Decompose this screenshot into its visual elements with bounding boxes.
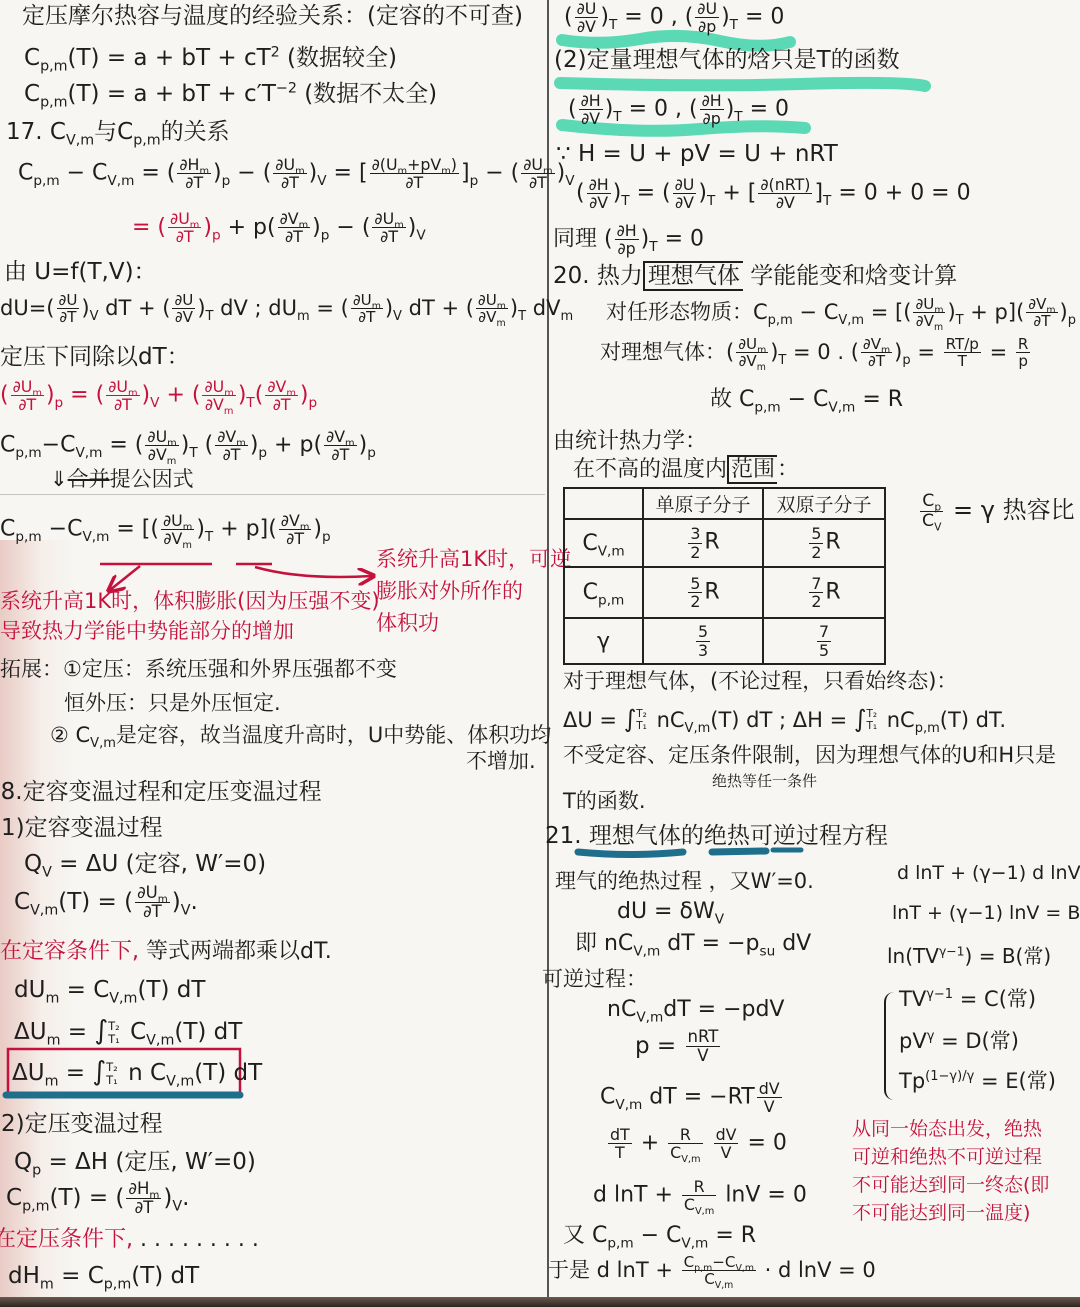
fraction-numerator: ∂U bbox=[57, 292, 80, 309]
table-header-cell: 双原子分子 bbox=[763, 488, 885, 519]
fraction-denominator: T bbox=[608, 1144, 632, 1161]
fraction: 53 bbox=[696, 623, 710, 658]
lower-limit: T₁ bbox=[636, 721, 647, 733]
eq-reversible: nCV,mdT = −pdV bbox=[607, 996, 785, 1024]
fraction: CpCV bbox=[920, 492, 943, 530]
fraction: ∂Um∂Vm bbox=[913, 296, 945, 330]
eq-ncv-dt: 即 nCV,m dT = −psu dV bbox=[575, 930, 811, 958]
annotation-work-line1: 系统升高1K时，可逆 bbox=[376, 546, 571, 572]
fraction-denominator: ∂T bbox=[215, 446, 248, 463]
fraction-denominator: ∂T bbox=[372, 228, 405, 245]
fraction-denominator: ∂T bbox=[351, 309, 383, 325]
fraction: ∂U∂p bbox=[695, 0, 719, 35]
fraction-numerator: dV bbox=[757, 1080, 782, 1098]
eq-u-partials-zero: (∂U∂V)T = 0 , (∂U∂p)T = 0 bbox=[564, 0, 784, 35]
eq-cp-complete-data: Cp,m(T) = a + bT + cT2 (数据较全) bbox=[24, 44, 397, 73]
subscript: p bbox=[902, 353, 910, 368]
eq-qv: QV = ΔU (定容, W′=0) bbox=[24, 850, 266, 879]
eq-partial-u-at-constant-p: (∂Um∂T)p = (∂Um∂T)V + (∂Um∂Vm)T(∂Vm∂T)p bbox=[0, 378, 317, 413]
subscript: p bbox=[322, 529, 331, 545]
fraction: ∂Um∂T bbox=[135, 884, 170, 921]
section-21-heading: 21. 理想气体的绝热可逆过程方程 bbox=[545, 822, 888, 851]
red-note-line1: 从同一始态出发，绝热 bbox=[852, 1118, 1042, 1142]
eq-cp-definition: Cp,m(T) = (∂Hm∂T)V. bbox=[6, 1180, 189, 1217]
extension-line2: 恒外压：只是外压恒定. bbox=[64, 690, 281, 716]
fraction-denominator: ∂T bbox=[106, 396, 139, 413]
heat-capacity-table: 单原子分子 双原子分子 CV,m 32R 52R Cp,m 52R 72R γ … bbox=[563, 487, 886, 665]
annotation-internal-energy-line1: 系统升高1K时，体积膨胀(因为压强不变) bbox=[0, 588, 380, 614]
subscript: V bbox=[565, 173, 574, 189]
subscript: V,m bbox=[681, 1154, 700, 1165]
explanation-line1: 不受定容、定压条件限制，因为理想气体的U和H只是 bbox=[563, 742, 1056, 768]
fraction-denominator: ∂T bbox=[521, 174, 554, 191]
section-18-heading: 18.定容变温过程和定压变温过程 bbox=[0, 778, 322, 807]
fraction-denominator: CV,m bbox=[682, 1196, 716, 1213]
subscript: V bbox=[715, 911, 724, 927]
subscript: m bbox=[45, 991, 59, 1007]
eq-dlnt: d lnT + RCV,m lnV = 0 bbox=[593, 1178, 807, 1213]
fraction-numerator: ∂U bbox=[172, 292, 195, 309]
subscript: T bbox=[956, 313, 964, 328]
subscript: T bbox=[518, 309, 526, 324]
subscript: V,m bbox=[66, 133, 94, 149]
fraction-denominator: ∂p bbox=[695, 18, 719, 35]
fraction: ∂Vm∂T bbox=[861, 336, 892, 370]
range-inserted: 范围 bbox=[727, 455, 777, 484]
fraction-numerator: ∂U bbox=[673, 176, 697, 194]
subscript: T bbox=[823, 193, 831, 209]
eq-du-dw: dU = δWV bbox=[617, 898, 724, 926]
subscript: V,m bbox=[685, 721, 711, 736]
fraction-numerator: ∂Um bbox=[476, 292, 508, 309]
subscript: T bbox=[613, 109, 621, 125]
subscript: p bbox=[55, 395, 64, 411]
constant-pressure-heading: (2)定压变温过程 bbox=[0, 1110, 163, 1139]
fraction: ∂H∂p bbox=[615, 222, 639, 257]
subscript: m bbox=[40, 1277, 54, 1293]
eq-cp-incomplete-data: Cp,m(T) = a + bT + c′T−2 (数据不太全) bbox=[24, 80, 437, 109]
fraction-numerator: ∂Um bbox=[202, 378, 235, 396]
fraction-numerator: ∂Um bbox=[736, 336, 768, 353]
section-20-part2: 学能能变和焓变计算 bbox=[743, 263, 957, 289]
fraction-numerator: 3 bbox=[688, 525, 702, 543]
eq-derived-3: ln(TVγ−1) = B(常) bbox=[887, 944, 1051, 969]
fraction-denominator: V bbox=[686, 1047, 721, 1065]
fraction-numerator: ∂Um bbox=[106, 378, 139, 396]
fraction-numerator: ∂Vm bbox=[278, 210, 311, 228]
fraction: RCV,m bbox=[682, 1178, 716, 1213]
fraction-denominator: ∂T bbox=[278, 228, 311, 245]
subscript: m bbox=[224, 406, 234, 417]
fraction-numerator: ∂U bbox=[575, 0, 599, 18]
section-20-heading: 20. 热力理想气体 学能能变和焓变计算 bbox=[553, 262, 957, 291]
fraction-numerator: 5 bbox=[809, 525, 823, 543]
fraction-denominator: ∂T bbox=[57, 309, 80, 325]
subscript: p,m bbox=[15, 529, 41, 545]
fraction-numerator: ∂Um bbox=[351, 292, 383, 309]
eq-cp-cv-equals-r: 故 Cp,m − CV,m = R bbox=[710, 386, 903, 414]
eq-cp-cv-factored: Cp,m −CV,m = [(∂Um∂Vm)T + p](∂Vm∂T)p bbox=[0, 512, 331, 547]
fraction-numerator: ∂Hm bbox=[177, 156, 211, 174]
fraction: ∂Vm∂T bbox=[265, 378, 298, 413]
subscript: m bbox=[297, 309, 310, 324]
range-part2: ： bbox=[777, 457, 799, 482]
integral-limits: T₂T₁ bbox=[866, 709, 877, 732]
fraction-denominator: 3 bbox=[696, 642, 710, 659]
factor-out-text: 提公因式 bbox=[110, 467, 194, 491]
fraction: ∂U∂V bbox=[673, 176, 697, 211]
fraction-numerator: ∂(nRT) bbox=[758, 176, 812, 194]
fraction-numerator: RT/p bbox=[944, 336, 981, 353]
subscript: V,m bbox=[636, 1009, 663, 1025]
subscript: V,m bbox=[598, 543, 625, 559]
fraction-numerator: ∂H bbox=[700, 92, 724, 110]
upper-limit: T₂ bbox=[108, 1020, 120, 1033]
fraction-denominator: ∂T bbox=[861, 353, 892, 369]
fraction: ∂Um∂T bbox=[521, 156, 554, 191]
fraction-denominator: ∂p bbox=[700, 110, 724, 127]
integral-sign-icon: ∫ bbox=[624, 705, 637, 733]
fraction-denominator: 2 bbox=[809, 544, 823, 561]
subscript: V,m bbox=[828, 399, 855, 415]
subscript: V,m bbox=[695, 1206, 714, 1217]
fraction-numerator: ∂(Um+pVm) bbox=[370, 156, 459, 174]
integral-limits: T₂T₁ bbox=[636, 709, 647, 732]
statistical-thermo-label: 由统计热力学： bbox=[553, 428, 707, 456]
eq-delta-um-boxed: ΔUm = ∫T₂T₁ n CV,m(T) dT bbox=[12, 1055, 262, 1088]
fraction-denominator: ∂V bbox=[758, 194, 812, 211]
fraction: ∂Vm∂T bbox=[278, 210, 311, 245]
fraction: ∂Vm∂T bbox=[215, 428, 248, 463]
notes-page: 定压摩尔热容与温度的经验关系：(定容的不可查) Cp,m(T) = a + bT… bbox=[0, 0, 1080, 1307]
fraction-denominator: CV bbox=[920, 512, 943, 531]
fraction-denominator: ∂T bbox=[279, 530, 312, 547]
extension-line4: 不增加. bbox=[466, 748, 536, 774]
fraction: 32 bbox=[688, 525, 702, 560]
eq-expanded-rest: + p(∂Vm∂T)p − (∂Um∂T)V bbox=[221, 215, 426, 240]
table-header-cell: 单原子分子 bbox=[643, 488, 763, 519]
superscript: γ bbox=[927, 1029, 935, 1044]
fraction-denominator: ∂Vm bbox=[476, 309, 508, 325]
constant-pressure-note: 在定压条件下, . . . . . . . . . bbox=[0, 1226, 259, 1254]
superscript: γ−1 bbox=[926, 987, 953, 1002]
lower-limit: T₁ bbox=[108, 1033, 120, 1046]
fraction-numerator: Cp bbox=[920, 492, 943, 512]
subscript: V bbox=[181, 902, 191, 918]
section-21-word-reversible: 可逆 bbox=[750, 823, 796, 849]
fraction-denominator: ∂Vm bbox=[145, 446, 178, 463]
adiabatic-process-label: 理气的绝热过程 ，又W′=0. bbox=[555, 868, 814, 894]
table-row: CV,m 32R 52R bbox=[564, 519, 885, 567]
subscript: m bbox=[45, 1074, 59, 1090]
integral-sign-icon: ∫ bbox=[92, 1056, 106, 1087]
factor-out-note: ⇓合并提公因式 bbox=[50, 466, 194, 492]
fraction: ∂Um∂Vm bbox=[736, 336, 768, 370]
process-equation-pv: pVγ = D(常) bbox=[899, 1028, 1019, 1054]
fraction-numerator: Cp,m−CV,m bbox=[682, 1254, 756, 1271]
fraction: 52 bbox=[809, 525, 823, 560]
subscript: V,m bbox=[30, 902, 58, 918]
explanation-line2: T的函数. bbox=[563, 788, 646, 814]
ruled-line bbox=[0, 494, 545, 495]
constant-pressure-note-red: 在定压条件下, bbox=[0, 1227, 133, 1252]
subscript: T bbox=[205, 529, 213, 545]
column-divider bbox=[547, 0, 549, 1297]
integral-sign-icon: ∫ bbox=[854, 705, 867, 733]
eq-derived-1: d lnT + (γ−1) d lnV = 0 bbox=[897, 862, 1080, 886]
fraction: ∂Um∂T bbox=[351, 292, 383, 326]
table-cell: 32R bbox=[643, 519, 763, 567]
fraction-denominator: ∂V bbox=[587, 194, 611, 211]
table-header-cell bbox=[564, 488, 643, 519]
subscript: m bbox=[47, 1033, 61, 1049]
fraction-numerator: nRT bbox=[686, 1028, 721, 1047]
fraction: ∂H∂V bbox=[579, 92, 603, 127]
because-h-equals: ∵ H = U + pV = U + nRT bbox=[556, 140, 838, 169]
fraction: ∂Um∂T bbox=[372, 210, 405, 245]
subscript: m bbox=[496, 318, 505, 329]
subscript: V,m bbox=[838, 313, 864, 328]
superscript: −2 bbox=[276, 80, 297, 96]
subscript: p bbox=[309, 395, 318, 411]
red-note-line4: 不可能达到同一温度) bbox=[852, 1202, 1030, 1226]
cp-empirical-title: 定压摩尔热容与温度的经验关系：(定容的不可查) bbox=[22, 2, 523, 31]
constant-volume-note-red: 在定容条件下, bbox=[0, 939, 139, 964]
fraction-numerator: ∂U bbox=[695, 0, 719, 18]
fraction: ∂Um∂T bbox=[106, 378, 139, 413]
subscript: p,m bbox=[40, 95, 67, 111]
table-cell: 52R bbox=[763, 519, 885, 567]
eq-dt-over-t: dTT + RCV,m dVV = 0 bbox=[606, 1126, 787, 1161]
subscript: p,m bbox=[133, 133, 160, 149]
subscript: p bbox=[367, 445, 376, 461]
subscript: T bbox=[734, 109, 742, 125]
subscript: T bbox=[246, 395, 254, 411]
fraction: dVV bbox=[757, 1080, 782, 1115]
upper-limit: T₂ bbox=[106, 1061, 118, 1074]
subscript: p,m bbox=[607, 1235, 633, 1251]
subscript: V bbox=[150, 395, 159, 411]
fraction-numerator: ∂Hm bbox=[126, 1180, 161, 1199]
fraction: ∂Um∂T bbox=[168, 210, 201, 245]
fraction: ∂Um∂T bbox=[11, 378, 44, 413]
fraction-denominator: CV,m bbox=[682, 1271, 756, 1287]
temperature-range-label: 在不高的温度内范围： bbox=[573, 456, 799, 484]
fraction: ∂U∂T bbox=[57, 292, 80, 326]
eq-qp: Qp = ΔH (定压, W′=0) bbox=[14, 1148, 256, 1177]
eq-h-partials-zero: (∂H∂V)T = 0 , (∂H∂p)T = 0 bbox=[568, 92, 789, 127]
fraction-denominator: ∂V bbox=[673, 194, 697, 211]
fraction: Rp bbox=[1016, 336, 1031, 370]
subscript: T bbox=[730, 17, 738, 33]
fraction-numerator: 5 bbox=[688, 575, 702, 593]
subscript: p,m bbox=[40, 59, 67, 75]
fraction-denominator: ∂T bbox=[126, 1199, 161, 1217]
subscript: p,m bbox=[15, 445, 41, 461]
fraction-numerator: ∂Um bbox=[372, 210, 405, 228]
fraction-numerator: ∂Um bbox=[273, 156, 306, 174]
fraction: ∂Hm∂T bbox=[126, 1180, 161, 1217]
fraction: ∂Um∂T bbox=[273, 156, 306, 191]
given-u-function: 由 U=f(T,V)： bbox=[4, 258, 157, 287]
fraction-denominator: p bbox=[1016, 353, 1031, 369]
integral-limits: T₂T₁ bbox=[108, 1020, 120, 1045]
fraction-numerator: R bbox=[1016, 336, 1031, 353]
fraction: RT/pT bbox=[944, 336, 981, 370]
subscript: V bbox=[393, 309, 402, 324]
eq-p-nrt-v: p = nRTV bbox=[635, 1028, 722, 1065]
fraction-denominator: ∂T bbox=[265, 396, 298, 413]
section-21-number: 21. bbox=[545, 823, 589, 849]
divide-by-dt-note: 定压下同除以dT： bbox=[0, 343, 190, 372]
integral-limits: T₂T₁ bbox=[106, 1061, 118, 1086]
ideal-gas-note: 对于理想气体，(不论过程，只看始终态)： bbox=[563, 668, 957, 694]
superscript: γ−1 bbox=[939, 943, 965, 958]
fraction-numerator: ∂H bbox=[615, 222, 639, 240]
fraction-denominator: ∂T bbox=[135, 903, 170, 921]
fraction-denominator: V bbox=[757, 1098, 782, 1115]
subscript: p bbox=[212, 227, 221, 243]
annotation-work-line3: 体积功 bbox=[376, 610, 439, 636]
subscript: p,m bbox=[598, 592, 624, 608]
subscript: V bbox=[90, 309, 99, 324]
eq-total-differential: dU=(∂U∂T)V dT + (∂U∂V)T dV ; dUm = (∂Um∂… bbox=[0, 292, 573, 326]
fraction: ∂Vm∂T bbox=[1026, 296, 1057, 330]
fraction: ∂Um∂Vm bbox=[476, 292, 508, 326]
process-equation-tp: Tp(1−γ)/γ = E(常) bbox=[899, 1068, 1056, 1094]
eq-delta-u-delta-h: ΔU = ∫T₂T₁ nCV,m(T) dT ; ΔH = ∫T₂T₁ nCp,… bbox=[563, 704, 1006, 734]
fraction: 72 bbox=[809, 575, 823, 610]
fraction: dVV bbox=[714, 1126, 739, 1161]
fraction: ∂Vm∂T bbox=[324, 428, 357, 463]
section-20-number: 20. bbox=[553, 263, 590, 289]
fraction-denominator: T bbox=[944, 353, 981, 369]
subscript: m bbox=[560, 309, 573, 324]
subscript: p bbox=[32, 1163, 41, 1179]
subscript: V,m bbox=[75, 445, 102, 461]
fraction-denominator: ∂V bbox=[575, 18, 599, 35]
subscript: T bbox=[778, 353, 786, 368]
subscript: p bbox=[258, 445, 267, 461]
fraction-denominator: 2 bbox=[688, 544, 702, 561]
section-21-word-process-eq: 过程方程 bbox=[796, 823, 888, 849]
subscript: p,m bbox=[33, 173, 59, 189]
fraction-denominator: 2 bbox=[809, 593, 823, 610]
struck-text: 合并 bbox=[68, 467, 110, 491]
left-brace-icon bbox=[884, 992, 898, 1100]
fraction-denominator: 5 bbox=[817, 642, 831, 659]
fraction-numerator: ∂Vm bbox=[1026, 296, 1057, 313]
table-cell: 75 bbox=[763, 618, 885, 664]
eq-cp-cv-r: 又 Cp,m − CV,m = R bbox=[563, 1222, 756, 1250]
fraction: ∂U∂V bbox=[575, 0, 599, 35]
fraction-numerator: ∂Um bbox=[135, 884, 170, 903]
eq-cv-dt-rt: CV,m dT = −RTdVV bbox=[600, 1080, 784, 1115]
extension-line1: 拓展：①定压：系统压强和外界压强都不变 bbox=[0, 656, 397, 682]
fraction-numerator: ∂Vm bbox=[324, 428, 357, 446]
lower-limit: T₁ bbox=[866, 721, 877, 733]
down-arrow-icon: ⇓ bbox=[50, 467, 68, 491]
eq-then-dlnt: 于是 d lnT + Cp,m−CV,mCV,m · d lnV = 0 bbox=[548, 1254, 876, 1288]
subscript: T bbox=[189, 445, 197, 461]
superscript: 2 bbox=[271, 44, 280, 60]
red-note-line2: 可逆和绝热不可逆过程 bbox=[852, 1146, 1042, 1170]
fraction-numerator: ∂Vm bbox=[215, 428, 248, 446]
fraction-denominator: ∂Vm bbox=[161, 530, 194, 547]
subscript: V bbox=[934, 520, 941, 533]
subscript: p bbox=[321, 227, 330, 243]
section-20-part1: 热力 bbox=[597, 263, 643, 289]
subscript: p bbox=[1068, 313, 1076, 328]
subscript: V,m bbox=[681, 1235, 708, 1251]
subscript: m bbox=[757, 362, 766, 373]
fraction-denominator: ∂T bbox=[370, 174, 459, 191]
subscript: p,m bbox=[754, 399, 780, 415]
lower-limit: T₁ bbox=[106, 1074, 118, 1087]
eq-dum: dUm = CV,m(T) dT bbox=[14, 976, 205, 1005]
fraction-numerator: ∂Um bbox=[11, 378, 44, 396]
fraction: ∂Hm∂T bbox=[177, 156, 211, 191]
range-part1: 在不高的温度内 bbox=[573, 457, 727, 482]
table-header-row: 单原子分子 双原子分子 bbox=[564, 488, 885, 519]
fraction-numerator: ∂Um bbox=[145, 428, 178, 446]
subscript: V bbox=[416, 227, 425, 243]
eq-derived-2: lnT + (γ−1) lnV = B(常数) bbox=[892, 902, 1080, 926]
subscript: p bbox=[222, 173, 231, 189]
fraction-denominator: ∂T bbox=[177, 174, 211, 191]
section-21-word-adiabatic: 绝热 bbox=[704, 823, 750, 849]
subscript: V,m bbox=[90, 736, 116, 751]
subscript: T bbox=[206, 309, 214, 324]
subscript: p bbox=[470, 173, 479, 189]
eq-cp-minus-cv-definition: Cp,m − CV,m = (∂Hm∂T)p − (∂Um∂T)V = [∂(U… bbox=[18, 156, 575, 191]
extension-line3: ② CV,m是定容，故当温度升高时，U中势能、体积功均 bbox=[50, 722, 551, 748]
subscript: T bbox=[621, 193, 629, 209]
section-20-inserted: 理想气体 bbox=[643, 261, 743, 291]
fraction: ∂(Um+pVm)∂T bbox=[370, 156, 459, 191]
constant-volume-heading: (1)定容变温过程 bbox=[0, 814, 163, 843]
red-note-line3: 不可能达到同一终态(即 bbox=[852, 1174, 1049, 1198]
heat-capacity-ratio: CpCV = γ 热容比 bbox=[918, 492, 1075, 530]
fraction-numerator: 7 bbox=[817, 623, 831, 641]
fraction-numerator: ∂H bbox=[579, 92, 603, 110]
table-row-label: γ bbox=[564, 618, 643, 664]
fraction-denominator: ∂Vm bbox=[736, 353, 768, 369]
table-cell: 53 bbox=[643, 618, 763, 664]
section-21-word-ideal-gas: 理想气体 bbox=[589, 823, 681, 849]
fraction-denominator: ∂T bbox=[273, 174, 306, 191]
explanation-insert: 绝热等任一条件 bbox=[712, 772, 817, 791]
eq-cp-minus-cv-expanded: = (∂Um∂T)p + p(∂Vm∂T)p − (∂Um∂T)V bbox=[132, 210, 426, 245]
subscript: V,m bbox=[107, 173, 134, 189]
fraction-denominator: ∂T bbox=[324, 446, 357, 463]
fraction: ∂(nRT)∂V bbox=[758, 176, 812, 211]
eq-cp-cv-difference: Cp,m−CV,m = (∂Um∂Vm)T (∂Vm∂T)p + p(∂Vm∂T… bbox=[0, 428, 376, 463]
fraction-numerator: R bbox=[682, 1178, 716, 1196]
subscript: V,m bbox=[82, 529, 109, 545]
table-row-label: CV,m bbox=[564, 519, 643, 567]
subscript: p,m bbox=[22, 1198, 49, 1214]
fraction-denominator: ∂Vm bbox=[202, 396, 235, 413]
eq-any-substance: 对任形态物质：Cp,m − CV,m = [(∂Um∂Vm)T + p](∂Vm… bbox=[606, 296, 1076, 330]
fraction-denominator: CV,m bbox=[668, 1144, 702, 1161]
subscript: V,m bbox=[166, 1074, 194, 1090]
fraction-numerator: ∂Vm bbox=[265, 378, 298, 396]
integral-sign-icon: ∫ bbox=[94, 1015, 108, 1046]
reversible-process-label: 可逆过程： bbox=[542, 966, 647, 992]
fraction-numerator: ∂Vm bbox=[279, 512, 312, 530]
eq-expanded-red-term: = (∂Um∂T)p bbox=[132, 215, 221, 240]
